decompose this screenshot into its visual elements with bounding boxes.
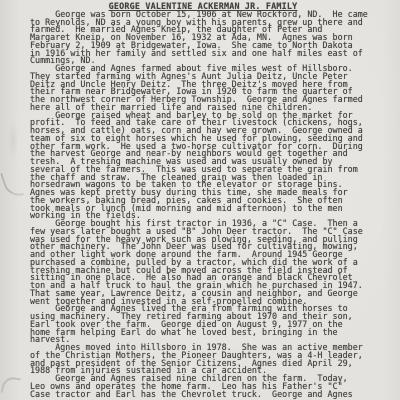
pencil-smudge-mark — [1, 376, 21, 395]
paragraph-farming-location: George and Agnes farmed about five miles… — [30, 65, 376, 112]
scan-smudge-mark — [8, 120, 18, 160]
paragraph-children-legacy: George and Agnes raised nine children on… — [30, 375, 376, 398]
scanned-page: GEORGE VALENTINE ACKERMAN JR. FAMILY Geo… — [0, 0, 400, 400]
paragraph-crops-livestock: George raised wheat and barley to be sol… — [30, 112, 376, 221]
paragraph-agnes-later-life: Agnes moved into Hillsboro in 1978. She … — [30, 344, 376, 375]
paragraph-birth-marriage: George was born October 15, 1906 at New … — [30, 11, 376, 65]
paragraph-retirement-george-death: George and Agnes lived the era from farm… — [30, 305, 376, 344]
paragraph-tractors-equipment: George bought his first tractor in 1936,… — [30, 220, 376, 305]
pencil-smudge-mark — [0, 168, 24, 200]
